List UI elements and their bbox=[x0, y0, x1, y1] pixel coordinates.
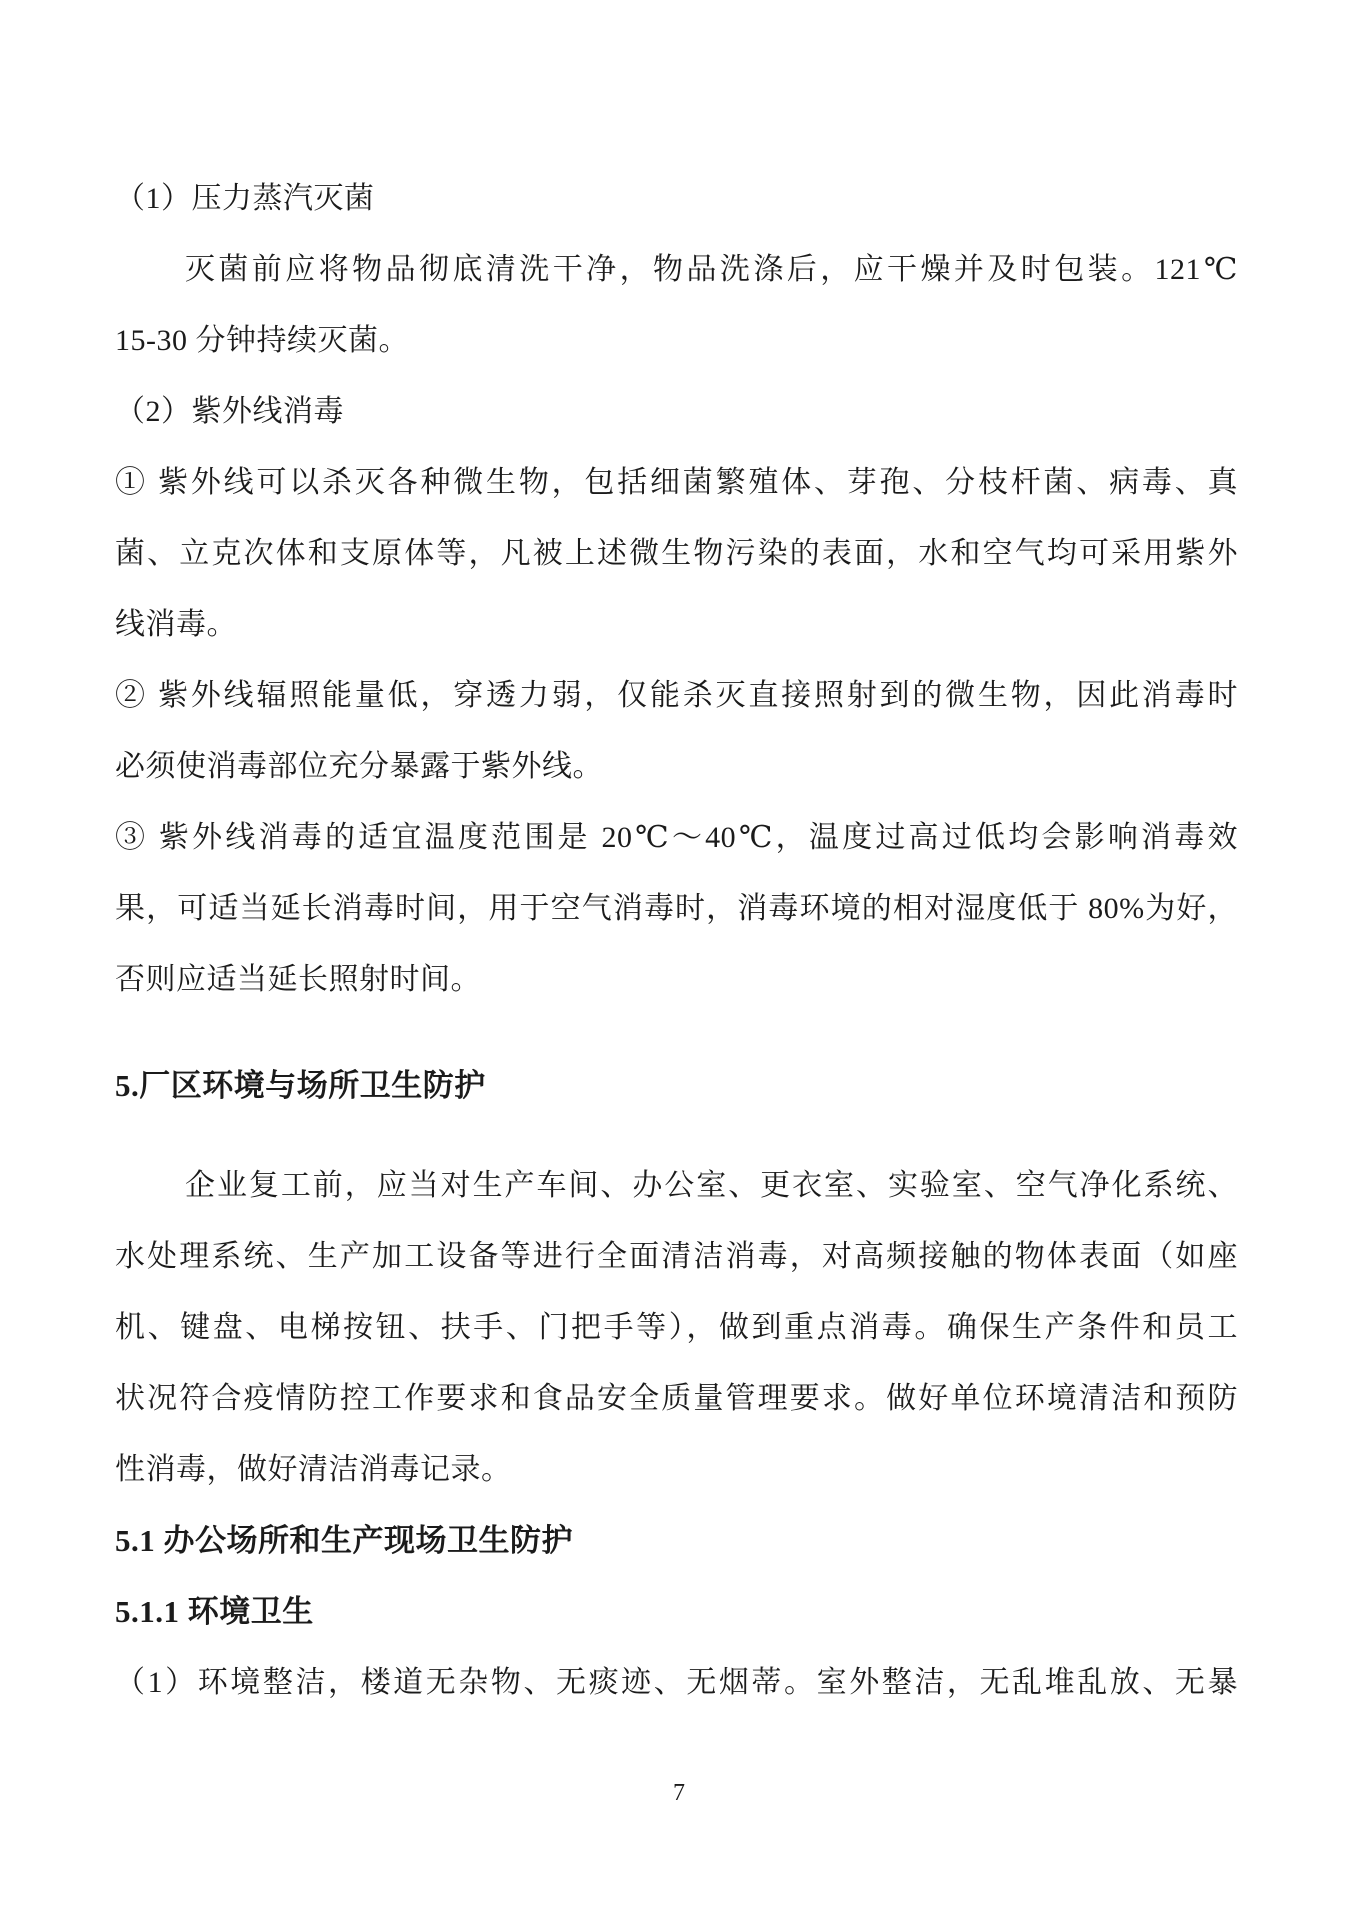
document-page: （1）压力蒸汽灭菌 灭菌前应将物品彻底清洗干净，物品洗涤后，应干燥并及时包装。1… bbox=[0, 0, 1358, 1920]
list-item-heading: （2）紫外线消毒 bbox=[115, 376, 1238, 447]
text-line: 线消毒。 bbox=[115, 589, 1238, 660]
text-line: 水处理系统、生产加工设备等进行全面清洁消毒，对高频接触的物体表面（如座 bbox=[115, 1221, 1238, 1292]
page-number: 7 bbox=[0, 1778, 1358, 1808]
text-line: 15-30 分钟持续灭菌。 bbox=[115, 305, 1238, 376]
text-line: 性消毒，做好清洁消毒记录。 bbox=[115, 1434, 1238, 1505]
document-content: （1）压力蒸汽灭菌 灭菌前应将物品彻底清洗干净，物品洗涤后，应干燥并及时包装。1… bbox=[115, 163, 1238, 1718]
text-line: 状况符合疫情防控工作要求和食品安全质量管理要求。做好单位环境清洁和预防 bbox=[115, 1363, 1238, 1434]
section-heading-5-1-1: 5.1.1 环境卫生 bbox=[115, 1576, 1238, 1647]
text-line: 菌、立克次体和支原体等，凡被上述微生物污染的表面，水和空气均可采用紫外 bbox=[115, 518, 1238, 589]
text-line: 否则应适当延长照射时间。 bbox=[115, 944, 1238, 1015]
text-line: ③ 紫外线消毒的适宜温度范围是 20℃～40℃，温度过高过低均会影响消毒效 bbox=[115, 802, 1238, 873]
text-line: ① 紫外线可以杀灭各种微生物，包括细菌繁殖体、芽孢、分枝杆菌、病毒、真 bbox=[115, 447, 1238, 518]
text-line: 企业复工前，应当对生产车间、办公室、更衣室、实验室、空气净化系统、 bbox=[115, 1150, 1238, 1221]
text-line: ② 紫外线辐照能量低，穿透力弱，仅能杀灭直接照射到的微生物，因此消毒时 bbox=[115, 660, 1238, 731]
text-line: 机、键盘、电梯按钮、扶手、门把手等），做到重点消毒。确保生产条件和员工 bbox=[115, 1292, 1238, 1363]
text-line: （1）环境整洁，楼道无杂物、无痰迹、无烟蒂。室外整洁，无乱堆乱放、无暴 bbox=[115, 1647, 1238, 1718]
section-heading-5: 5.厂区环境与场所卫生防护 bbox=[115, 1050, 1238, 1121]
section-heading-5-1: 5.1 办公场所和生产现场卫生防护 bbox=[115, 1505, 1238, 1576]
text-line: 灭菌前应将物品彻底清洗干净，物品洗涤后，应干燥并及时包装。121℃ bbox=[115, 234, 1238, 305]
list-item-heading: （1）压力蒸汽灭菌 bbox=[115, 163, 1238, 234]
text-line: 必须使消毒部位充分暴露于紫外线。 bbox=[115, 731, 1238, 802]
text-line: 果，可适当延长消毒时间，用于空气消毒时，消毒环境的相对湿度低于 80%为好， bbox=[115, 873, 1238, 944]
